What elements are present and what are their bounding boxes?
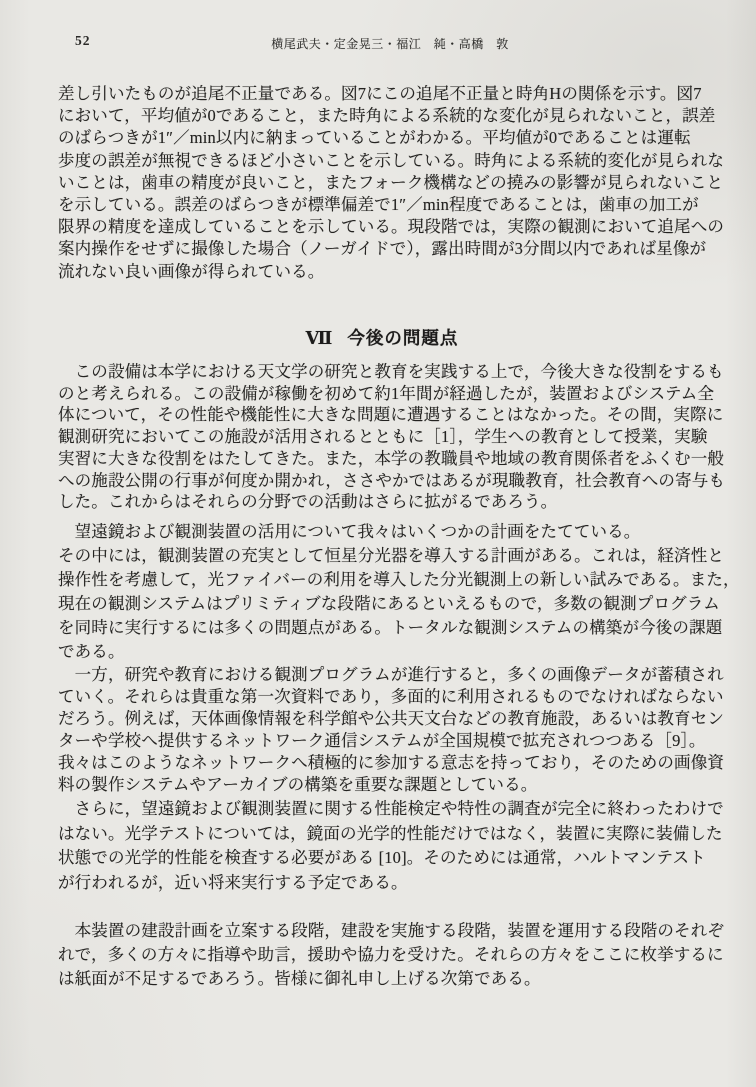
running-head-authors: 横尾武夫・定金晃三・福江 純・高橋 敦	[58, 35, 722, 52]
text-line: を同時に実行するには多くの問題点がある。トータルな観測システムの構築が今後の課題	[58, 616, 706, 640]
text-line: 歩度の誤差が無視できるほど小さいことを示している。時角による系統的変化が見られな	[58, 150, 706, 172]
section-heading: Ⅶ今後の問題点	[58, 325, 706, 350]
text-line: 体について，その性能や機能性に大きな問題に遭遇することはなかった。その間，実際に	[58, 404, 706, 426]
text-line: さらに，望遠鏡および観測装置に関する性能検定や特性の調査が完全に終わったわけで	[58, 797, 706, 822]
acknowledgements-paragraph: 本装置の建設計画を立案する段階，建設を実施する段階，装置を運用する段階のそれぞ …	[58, 919, 706, 991]
text-line: ターや学校へ提供するネットワーク通信システムが全国規模で拡充されつつある［9］。	[58, 730, 706, 752]
text-line: 一方，研究や教育における観測プログラムが進行すると，多くの画像データが蓄積され	[58, 664, 706, 686]
text-line: 差し引いたものが追尾不正量である。図7にこの追尾不正量と時角Hの関係を示す。図7	[58, 83, 706, 105]
text-line: において，平均値が0であること，また時角による系統的な変化が見られないこと，誤差	[58, 105, 706, 127]
section-title: 今後の問題点	[347, 328, 458, 348]
text-line: 観測研究においてこの施設が活用されるとともに［1］，学生への教育として授業，実験	[58, 426, 706, 448]
paragraph-tracking-accuracy: 差し引いたものが追尾不正量である。図7にこの追尾不正量と時角Hの関係を示す。図7…	[58, 83, 706, 283]
text-line: その中には，観測装置の充実として恒星分光器を導入する計画がある。これは，経済性と	[58, 544, 706, 568]
paragraph-performance-tests: さらに，望遠鏡および観測装置に関する性能検定や特性の調査が完全に終わったわけで …	[58, 797, 706, 895]
text-line: 料の製作システムやアーカイブの構築を重要な課題としている。	[58, 774, 706, 796]
paragraph-image-data-network: 一方，研究や教育における観測プログラムが進行すると，多くの画像データが蓄積され …	[58, 664, 706, 795]
text-line: は紙面が不足するであろう。皆様に御礼申し上げる次第である。	[58, 967, 706, 991]
text-line: のと考えられる。この設備が稼働を初めて約1年間が経過したが，装置およびシステム全	[58, 383, 706, 405]
text-line: 実習に大きな役割をはたしてきた。また，本学の教職員や地域の教育関係者をふくむ一般	[58, 448, 706, 470]
text-line: 操作性を考慮して，光ファイバーの利用を導入した分光観測上の新しい試みである。また…	[58, 568, 706, 592]
text-line: はない。光学テストについては，鏡面の光学的性能だけではなく，装置に実際に装備した	[58, 822, 706, 847]
text-line: 望遠鏡および観測装置の活用について我々はいくつかの計画をたてている。	[58, 520, 706, 544]
text-line: を示している。誤差のばらつきが標準偏差で1″／min程度であることは，歯車の加工…	[58, 194, 706, 216]
text-line: ていく。それらは貴重な第一次資料であり，多面的に利用されるものでなければならない	[58, 686, 706, 708]
scanned-paper-page: 52 横尾武夫・定金晃三・福江 純・高橋 敦 差し引いたものが追尾不正量である。…	[0, 0, 756, 1087]
text-line: である。	[58, 640, 706, 664]
text-line: 本装置の建設計画を立案する段階，建設を実施する段階，装置を運用する段階のそれぞ	[58, 919, 706, 943]
text-line: への施設公開の行事が何度か開かれ，ささやかではあるが現職教育，社会教育への寄与も	[58, 470, 706, 492]
text-line: れで，多くの方々に指導や助言，援助や協力を受けた。それらの方々をここに枚挙するに	[58, 943, 706, 967]
text-line: のばらつきが1″／min以内に納まっていることがわかる。平均値が0であることは運…	[58, 127, 706, 149]
paragraph-facility-operation: この設備は本学における天文学の研究と教育を実践する上で，今後大きな役割をするも …	[58, 361, 706, 513]
text-line: 案内操作をせずに撮像した場合（ノーガイドで），露出時間が3分間以内であれば星像が	[58, 238, 706, 260]
paragraph-future-plans: 望遠鏡および観測装置の活用について我々はいくつかの計画をたてている。 その中には…	[58, 520, 706, 664]
text-line: 流れない良い画像が得られている。	[58, 261, 706, 283]
text-line: 我々はこのようなネットワークへ積極的に参加する意志を持っており，そのための画像資	[58, 752, 706, 774]
text-line: だろう。例えば，天体画像情報を科学館や公共天文台などの教育施設，あるいは教育セン	[58, 708, 706, 730]
section-numeral: Ⅶ	[306, 328, 334, 348]
text-line: いことは，歯車の精度が良いこと，またフォーク機構などの撓みの影響が見られないこと	[58, 172, 706, 194]
text-line: 現在の観測システムはプリミティブな段階にあるといえるもので，多数の観測プログラム	[58, 592, 706, 616]
text-line: した。これからはそれらの分野での活動はさらに拡がるであろう。	[58, 491, 706, 513]
text-line: 限界の精度を達成していることを示している。現段階では，実際の観測において追尾への	[58, 216, 706, 238]
text-line: が行われるが，近い将来実行する予定である。	[58, 871, 706, 896]
text-line: この設備は本学における天文学の研究と教育を実践する上で，今後大きな役割をするも	[58, 361, 706, 383]
text-line: 状態での光学的性能を検査する必要がある [10]。そのためには通常，ハルトマンテ…	[58, 846, 706, 871]
